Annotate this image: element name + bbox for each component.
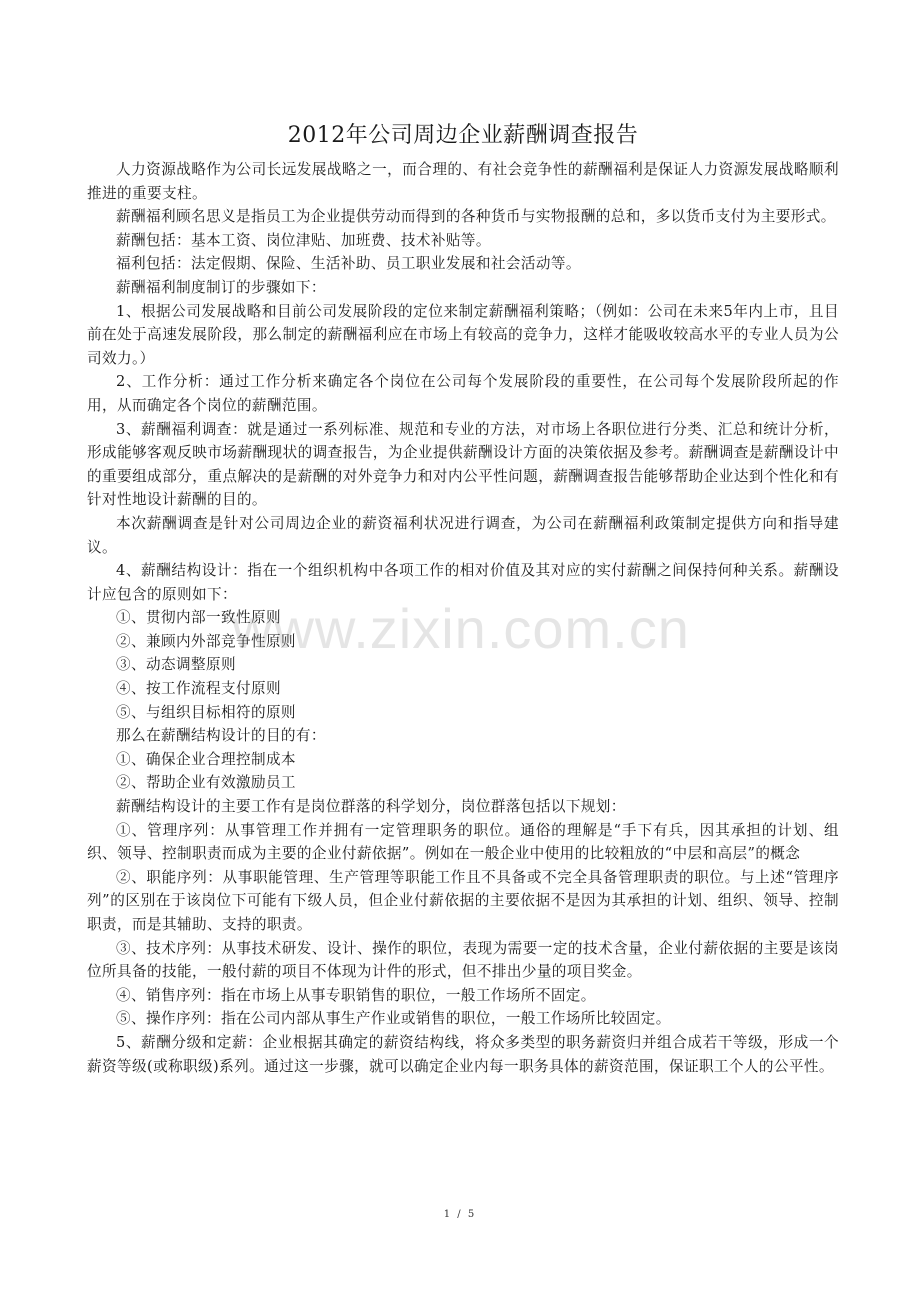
paragraph-benefits-include: 福利包括：法定假期、保险、生活补助、员工职业发展和社会活动等。 [87,252,839,276]
paragraph-step-5: 5、薪酬分级和定薪：企业根据其确定的薪资结构线，将众多类型的职务薪资归并组合成若… [87,1031,839,1078]
list-item-principle-4: ④、按工作流程支付原则 [87,677,839,701]
paragraph-intro: 人力资源战略作为公司长远发展战略之一，而合理的、有社会竞争性的薪酬福利是保证人力… [87,158,839,205]
paragraph-step-4: 4、薪酬结构设计：指在一个组织机构中各项工作的相对价值及其对应的实付薪酬之间保持… [87,559,839,606]
list-item-principle-2: ②、兼顾内外部竞争性原则 [87,630,839,654]
paragraph-salary-includes: 薪酬包括：基本工资、岗位津贴、加班费、技术补贴等。 [87,229,839,253]
list-item-sales-series: ④、销售序列：指在市场上从事专职销售的职位，一般工作场所不固定。 [87,984,839,1008]
list-item-technical-series: ③、技术序列：从事技术研发、设计、操作的职位，表现为需要一定的技术含量，企业付薪… [87,937,839,984]
list-item-principle-3: ③、动态调整原则 [87,653,839,677]
paragraph-steps-heading: 薪酬福利制度制订的步骤如下： [87,276,839,300]
document-body: 2012年公司周边企业薪酬调查报告 人力资源战略作为公司长远发展战略之一，而合理… [87,118,839,1078]
page-number: 1 / 5 [0,1209,920,1220]
list-item-goal-1: ①、确保企业合理控制成本 [87,748,839,772]
paragraph-survey-purpose: 本次薪酬调查是针对公司周边企业的薪资福利状况进行调查，为公司在薪酬福利政策制定提… [87,512,839,559]
paragraph-definition: 薪酬福利顾名思义是指员工为企业提供劳动而得到的各种货币与实物报酬的总和，多以货币… [87,205,839,229]
list-item-principle-1: ①、贯彻内部一致性原则 [87,606,839,630]
list-item-principle-5: ⑤、与组织目标相符的原则 [87,701,839,725]
paragraph-step-2: 2、工作分析：通过工作分析来确定各个岗位在公司每个发展阶段的重要性，在公司每个发… [87,370,839,417]
paragraph-step-3: 3、薪酬福利调查：就是通过一系列标准、规范和专业的方法，对市场上各职位进行分类、… [87,418,839,512]
paragraph-goals-heading: 那么在薪酬结构设计的目的有： [87,724,839,748]
document-title: 2012年公司周边企业薪酬调查报告 [87,118,839,154]
list-item-operation-series: ⑤、操作序列：指在公司内部从事生产作业或销售的职位，一般工作场所比较固定。 [87,1007,839,1031]
document-page: 2012年公司周边企业薪酬调查报告 人力资源战略作为公司长远发展战略之一，而合理… [0,0,920,1302]
paragraph-job-clusters: 薪酬结构设计的主要工作有是岗位群落的科学划分，岗位群落包括以下规划： [87,795,839,819]
list-item-goal-2: ②、帮助企业有效激励员工 [87,771,839,795]
paragraph-step-1: 1、根据公司发展战略和目前公司发展阶段的定位来制定薪酬福利策略；（例如：公司在未… [87,300,839,371]
list-item-functional-series: ②、职能序列：从事职能管理、生产管理等职能工作且不具备或不完全具备管理职责的职位… [87,866,839,937]
list-item-management-series: ①、管理序列：从事管理工作并拥有一定管理职务的职位。通俗的理解是“手下有兵，因其… [87,819,839,866]
